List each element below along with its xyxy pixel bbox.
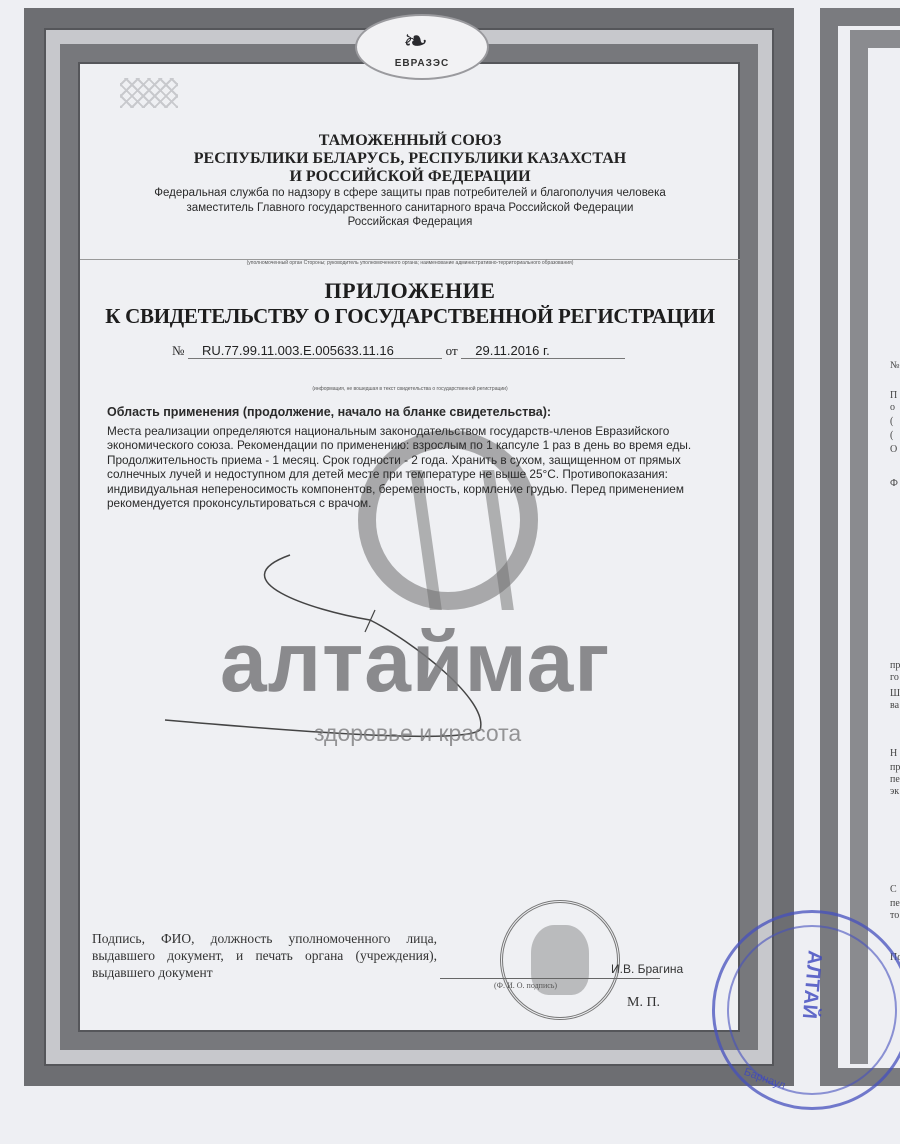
next-page-fragment: ва	[890, 700, 899, 711]
authority-line-3: Российская Федерация	[80, 215, 740, 230]
next-page-fragment: то	[890, 910, 899, 921]
next-page-fragment: С	[890, 884, 897, 895]
next-page-fragment: №	[890, 360, 900, 371]
next-page-fragment: (	[890, 430, 893, 441]
stamp-place-label: М. П.	[627, 995, 660, 1011]
next-page-fragment: го	[890, 672, 899, 683]
emblem-logo-icon: ❧	[403, 24, 428, 59]
authority-caption: (уполномоченный орган Стороны; руководит…	[80, 259, 740, 266]
info-caption: (информация, не вошедшая в текст свидете…	[80, 386, 740, 392]
emblem-label: ЕВРАЗЭС	[357, 58, 487, 69]
guilloche-pattern	[120, 78, 178, 108]
next-page-fragment: Ш	[890, 688, 900, 699]
signature-caption: Подпись, ФИО, должность уполномоченного …	[92, 930, 437, 981]
authority-line-1: Федеральная служба по надзору в сфере за…	[80, 186, 740, 201]
registration-number: RU.77.99.11.003.E.005633.11.16	[188, 343, 442, 359]
watermark-tagline: здоровье и красота	[314, 720, 521, 747]
header-line-1: ТАМОЖЕННЫЙ СОЮЗ	[80, 132, 740, 150]
header-line-2: РЕСПУБЛИКИ БЕЛАРУСЬ, РЕСПУБЛИКИ КАЗАХСТА…	[80, 150, 740, 168]
next-page-fragment: пе	[890, 774, 900, 785]
scope-heading: Область применения (продолжение, начало …	[107, 405, 707, 420]
header-block: ТАМОЖЕННЫЙ СОЮЗ РЕСПУБЛИКИ БЕЛАРУСЬ, РЕС…	[80, 132, 740, 230]
next-page-fragment: О	[890, 444, 897, 455]
application-scope: Область применения (продолжение, начало …	[107, 405, 707, 511]
fio-caption: (Ф. И. О. подпись)	[494, 981, 557, 990]
seal-city: Барнаул	[742, 1066, 787, 1092]
registration-date: 29.11.2016 г.	[461, 343, 625, 359]
seal-center-text: АЛТАЙ	[797, 949, 826, 1019]
signature-line	[440, 978, 660, 979]
watermark-brand: алтаймаг	[220, 620, 610, 704]
scope-text: Места реализации определяются национальн…	[107, 424, 707, 511]
evrazes-emblem: ❧ ЕВРАЗЭС	[355, 14, 489, 80]
signatory-name: И.В. Брагина	[611, 962, 683, 976]
next-page-fragment: Н	[890, 748, 897, 759]
next-page-fragment: (	[890, 416, 893, 427]
document-title: ПРИЛОЖЕНИЕ К СВИДЕТЕЛЬСТВУ О ГОСУДАРСТВЕ…	[80, 278, 740, 329]
next-page-fragment: эк	[890, 786, 899, 797]
next-page-fragment: пр	[890, 762, 900, 773]
next-page-fragment: о	[890, 402, 895, 413]
official-seal	[500, 900, 620, 1020]
next-page-fragment: П	[890, 390, 897, 401]
title-line-2: К СВИДЕТЕЛЬСТВУ О ГОСУДАРСТВЕННОЙ РЕГИСТ…	[80, 304, 740, 329]
next-page-fragment: Ф	[890, 478, 898, 489]
date-label: от	[446, 343, 458, 358]
number-label: №	[172, 343, 184, 358]
next-page-fragment: пе	[890, 898, 900, 909]
company-seal-blue: АЛТАЙ Барнаул	[712, 910, 900, 1110]
info-caption-text: (информация, не вошедшая в текст свидете…	[80, 386, 740, 392]
title-line-1: ПРИЛОЖЕНИЕ	[80, 278, 740, 304]
header-line-3: И РОССИЙСКОЙ ФЕДЕРАЦИИ	[80, 168, 740, 186]
authority-caption-text: (уполномоченный орган Стороны; руководит…	[80, 260, 740, 266]
registration-line: № RU.77.99.11.003.E.005633.11.16 от 29.1…	[172, 343, 625, 359]
authority-line-2: заместитель Главного государственного са…	[80, 201, 740, 216]
next-page-fragment: пр	[890, 660, 900, 671]
